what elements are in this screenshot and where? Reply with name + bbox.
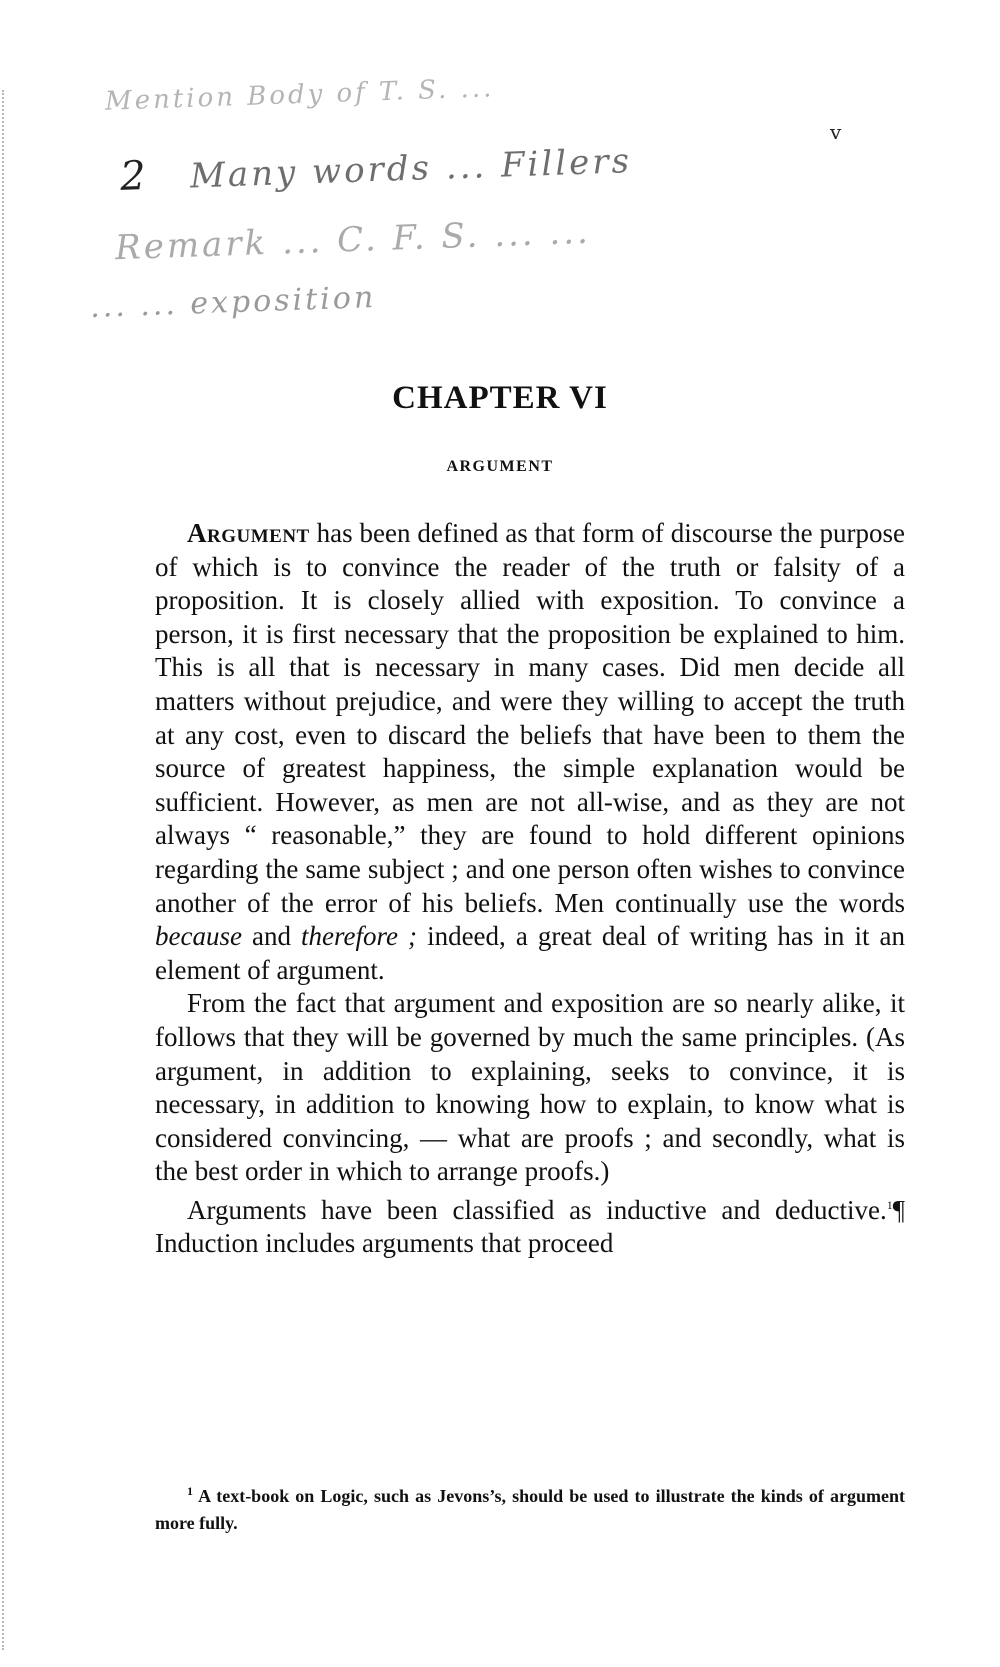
paragraph-2-text: From the fact that argument and expositi… — [155, 988, 905, 1052]
body-text: Argument has been defined as that form o… — [155, 517, 905, 1261]
footnote-text: A text-book on Logic, such as Jevons’s, … — [155, 1486, 905, 1533]
footnote: 1 A text-book on Logic, such as Jevons’s… — [155, 1478, 905, 1537]
paragraph-2: From the fact that argument and expositi… — [155, 987, 905, 1189]
handwritten-line-1: Mention Body of T. S. ... — [105, 73, 495, 117]
pen-paragraph-mark-icon: ¶ — [893, 1195, 905, 1225]
handwritten-line-2: 2 Many words ... Fillers — [119, 136, 632, 200]
handwritten-line-4: ... ... exposition — [89, 280, 376, 325]
paragraph-1-text: has been defined as that form of discour… — [155, 518, 905, 918]
paragraph-3: Arguments have been classified as induct… — [155, 1189, 905, 1261]
italic-therefore: therefore ; — [301, 921, 417, 951]
handwritten-annotations: Mention Body of T. S. ... 2 Many words .… — [80, 70, 1000, 340]
pen-bracket-open-icon: ( — [866, 1022, 875, 1052]
paragraph-lead-word: Argument — [187, 518, 310, 548]
chapter-title: CHAPTER VI — [0, 380, 1000, 417]
pen-bracket-close-icon: ) — [600, 1156, 609, 1186]
checkmark-icon: v — [830, 120, 841, 144]
italic-because: because — [155, 921, 242, 951]
handwritten-line-3: Remark ... C. F. S. ... ... — [114, 212, 591, 269]
paragraph-3-text-b: Induction includes arguments that procee… — [155, 1228, 613, 1258]
handwritten-line-2-text: Many words ... Fillers — [189, 141, 632, 196]
section-title: ARGUMENT — [0, 458, 1000, 476]
paragraph-1-mid: and — [242, 921, 301, 951]
paragraph-3-text-a: Arguments have been classified as induct… — [187, 1195, 887, 1225]
scan-margin-edge — [2, 90, 7, 1650]
paragraph-1: Argument has been defined as that form o… — [155, 517, 905, 987]
footnote-marker: 1 — [187, 1484, 193, 1498]
handwritten-number: 2 — [119, 153, 149, 200]
